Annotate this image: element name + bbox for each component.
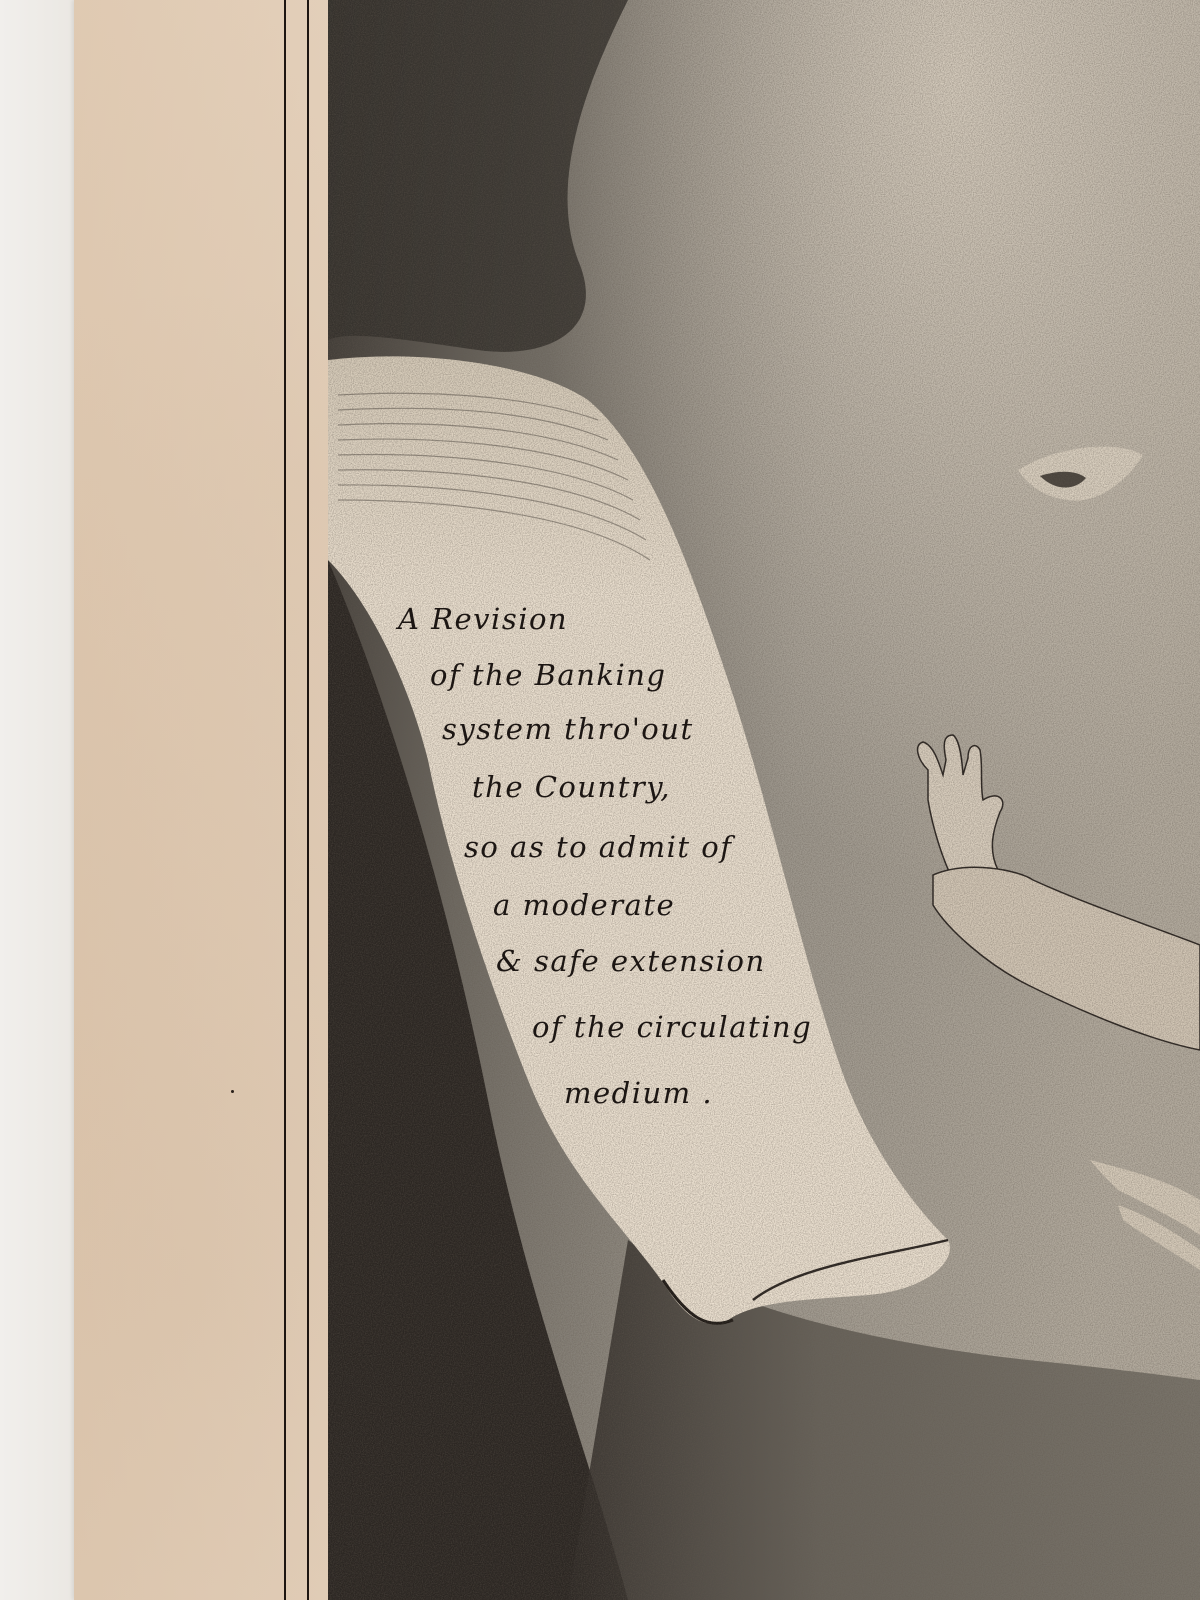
border-rule-1	[284, 0, 286, 1600]
lithograph-plate: A Revision of the Banking system thro'ou…	[328, 0, 1200, 1600]
stipple-grain	[328, 0, 1200, 1600]
border-rule-2	[307, 0, 309, 1600]
paper-speck	[231, 1090, 234, 1093]
lithograph-illustration	[328, 0, 1200, 1600]
